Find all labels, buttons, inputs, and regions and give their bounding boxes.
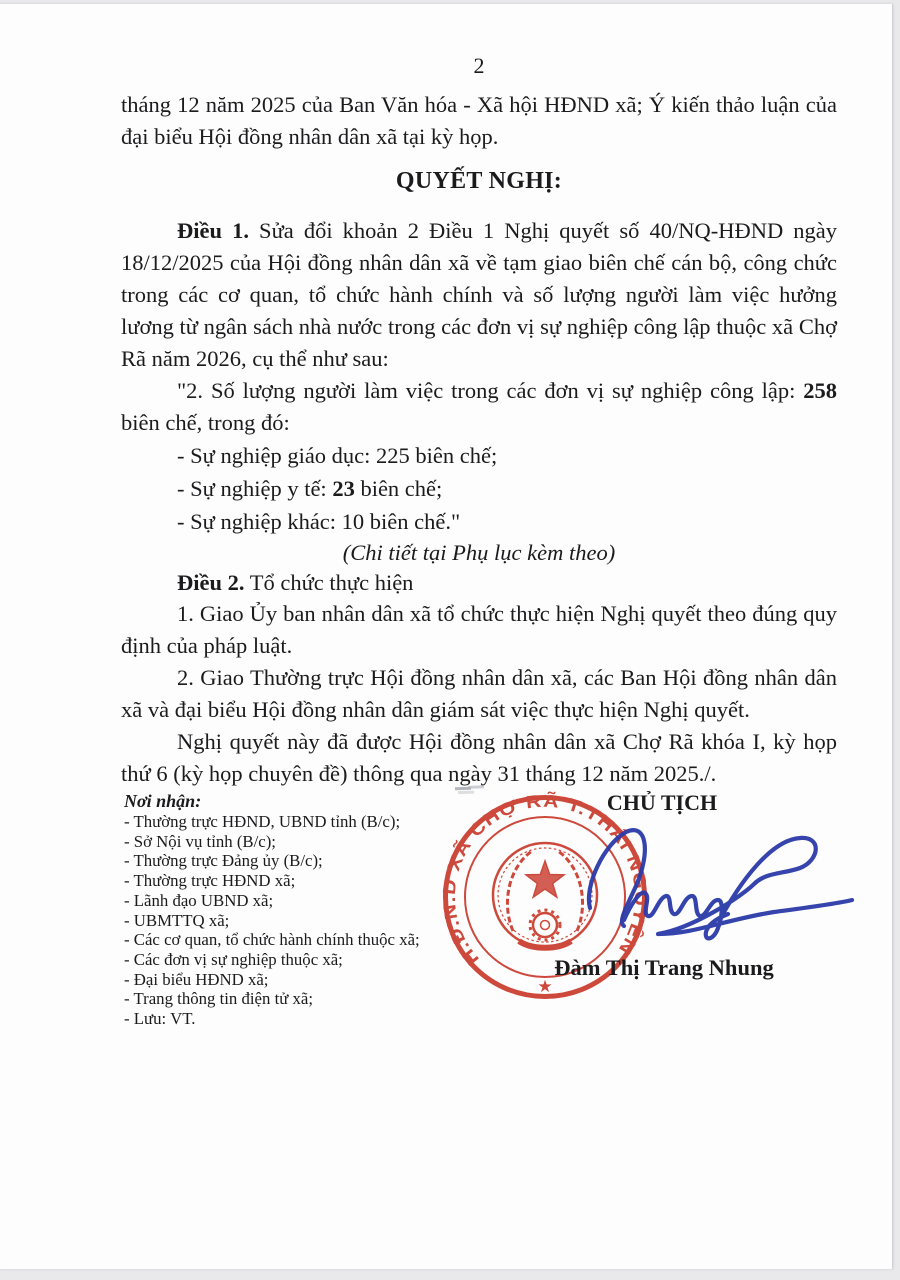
recipients-list: Nơi nhận: - Thường trực HĐND, UBND tỉnh … bbox=[124, 791, 420, 1029]
subsidy-item-education: - Sự nghiệp giáo dục: 225 biên chế; bbox=[177, 439, 837, 472]
article2-paragraph-1: 1. Giao Ủy ban nhân dân xã tổ chức thực … bbox=[121, 598, 837, 662]
emblem-cogwheel bbox=[533, 913, 557, 937]
article2-heading: Điều 2. Tổ chức thực hiện bbox=[121, 568, 837, 598]
recipient-item: - Thường trực Đảng ủy (B/c); bbox=[124, 851, 420, 871]
emblem-ribbon bbox=[519, 941, 571, 948]
recipient-item: - Lưu: VT. bbox=[124, 1009, 420, 1029]
recipient-item: - Lãnh đạo UBND xã; bbox=[124, 891, 420, 911]
article1-label: Điều 1. bbox=[177, 218, 249, 243]
subsidy-item-other: - Sự nghiệp khác: 10 biên chế." bbox=[177, 505, 837, 538]
recipient-item: - Đại biểu HĐND xã; bbox=[124, 970, 420, 990]
resolution-heading: QUYẾT NGHỊ: bbox=[121, 166, 837, 196]
recipients-title: Nơi nhận: bbox=[124, 791, 420, 812]
recipient-item: - UBMTTQ xã; bbox=[124, 911, 420, 931]
article2-paragraph-2: 2. Giao Thường trực Hội đồng nhân dân xã… bbox=[121, 662, 837, 726]
article2-label: Điều 2. bbox=[177, 570, 245, 595]
page-number: 2 bbox=[121, 54, 837, 78]
recipient-item: - Các cơ quan, tổ chức hành chính thuộc … bbox=[124, 930, 420, 950]
recipient-item: - Trang thông tin điện tử xã; bbox=[124, 989, 420, 1009]
recipient-item: - Thường trực HĐND xã; bbox=[124, 871, 420, 891]
recipient-item: - Thường trực HĐND, UBND tỉnh (B/c); bbox=[124, 812, 420, 832]
document-page: 2 tháng 12 năm 2025 của Ban Văn hóa - Xã… bbox=[0, 4, 893, 1269]
article1-clause: "2. Số lượng người làm việc trong các đơ… bbox=[121, 375, 837, 439]
emblem-rice-left bbox=[507, 851, 532, 931]
recipient-item: - Sở Nội vụ tỉnh (B/c); bbox=[124, 832, 420, 852]
scan-smudge bbox=[455, 787, 471, 791]
subsidy-item-health: - Sự nghiệp y tế: 23 biên chế; bbox=[177, 472, 837, 505]
article1-paragraph: Điều 1. Sửa đổi khoản 2 Điều 1 Nghị quyế… bbox=[121, 215, 837, 375]
signer-name: Đàm Thị Trang Nhung bbox=[539, 952, 789, 984]
signature-scrawl bbox=[574, 824, 858, 944]
document-content: 2 tháng 12 năm 2025 của Ban Văn hóa - Xã… bbox=[121, 4, 837, 1030]
emblem-star bbox=[526, 861, 564, 897]
recipient-item: - Các đơn vị sự nghiệp thuộc xã; bbox=[124, 950, 420, 970]
continuation-paragraph: tháng 12 năm 2025 của Ban Văn hóa - Xã h… bbox=[121, 89, 837, 153]
signature-block: Nơi nhận: - Thường trực HĐND, UBND tỉnh … bbox=[121, 790, 837, 1030]
closing-paragraph: Nghị quyết này đã được Hội đồng nhân dân… bbox=[121, 726, 837, 790]
appendix-note: (Chi tiết tại Phụ lục kèm theo) bbox=[121, 538, 837, 568]
